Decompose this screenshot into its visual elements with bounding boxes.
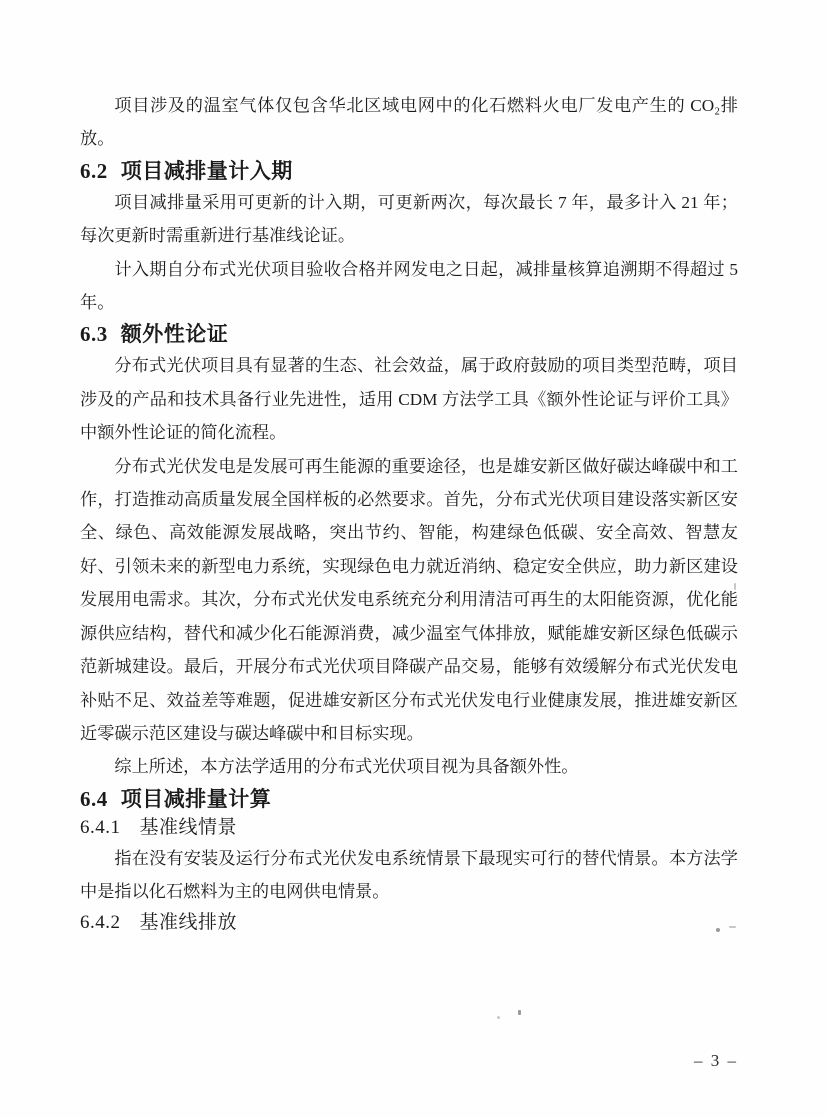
paragraph: 计入期自分布式光伏项目验收合格并网发电之日起，减排量核算追溯期不得超过 5 年。 [80,253,738,320]
section-number: 6.3 [80,322,108,346]
scan-speck [518,1010,521,1015]
section-number: 6.4 [80,787,108,811]
section-heading-6-2: 6.2项目减排量计入期 [80,156,738,186]
section-title: 项目减排量计算 [121,787,272,811]
subsection-number: 6.4.1 [80,817,121,838]
scan-speck [497,1016,500,1019]
paragraph: 项目减排量采用可更新的计入期，可更新两次，每次最长 7 年，最多计入 21 年；… [80,186,738,253]
paragraph: 综上所述，本方法学适用的分布式光伏项目视为具备额外性。 [80,750,738,783]
subsection-number: 6.4.2 [80,912,121,933]
section-title: 项目减排量计入期 [121,159,293,183]
subsection-title: 基准线情景 [140,817,238,838]
scan-speck [729,926,736,928]
paragraph: 分布式光伏发电是发展可再生能源的重要途径，也是雄安新区做好碳达峰碳中和工作，打造… [80,450,738,751]
page-number: – 3 – [694,1049,738,1073]
subsection-heading-6-4-2: 6.4.2基准线排放 [80,909,738,937]
paragraph-intro: 项目涉及的温室气体仅包含华北区域电网中的化石燃料火电厂发电产生的 CO₂排放。 [80,89,738,156]
section-heading-6-4: 6.4项目减排量计算 [80,784,738,814]
scan-speck [734,583,736,590]
subsection-heading-6-4-1: 6.4.1基准线情景 [80,814,738,842]
document-page: 项目涉及的温室气体仅包含华北区域电网中的化石燃料火电厂发电产生的 CO₂排放。 … [0,0,826,1118]
section-number: 6.2 [80,159,108,183]
section-title: 额外性论证 [121,322,229,346]
paragraph: 分布式光伏项目具有显著的生态、社会效益，属于政府鼓励的项目类型范畴，项目涉及的产… [80,349,738,449]
subsection-title: 基准线排放 [140,912,238,933]
section-heading-6-3: 6.3额外性论证 [80,319,738,349]
scan-speck [716,928,720,932]
page-content: 项目涉及的温室气体仅包含华北区域电网中的化石燃料火电厂发电产生的 CO₂排放。 … [80,89,738,937]
paragraph: 指在没有安装及运行分布式光伏发电系统情景下最现实可行的替代情景。本方法学中是指以… [80,842,738,909]
